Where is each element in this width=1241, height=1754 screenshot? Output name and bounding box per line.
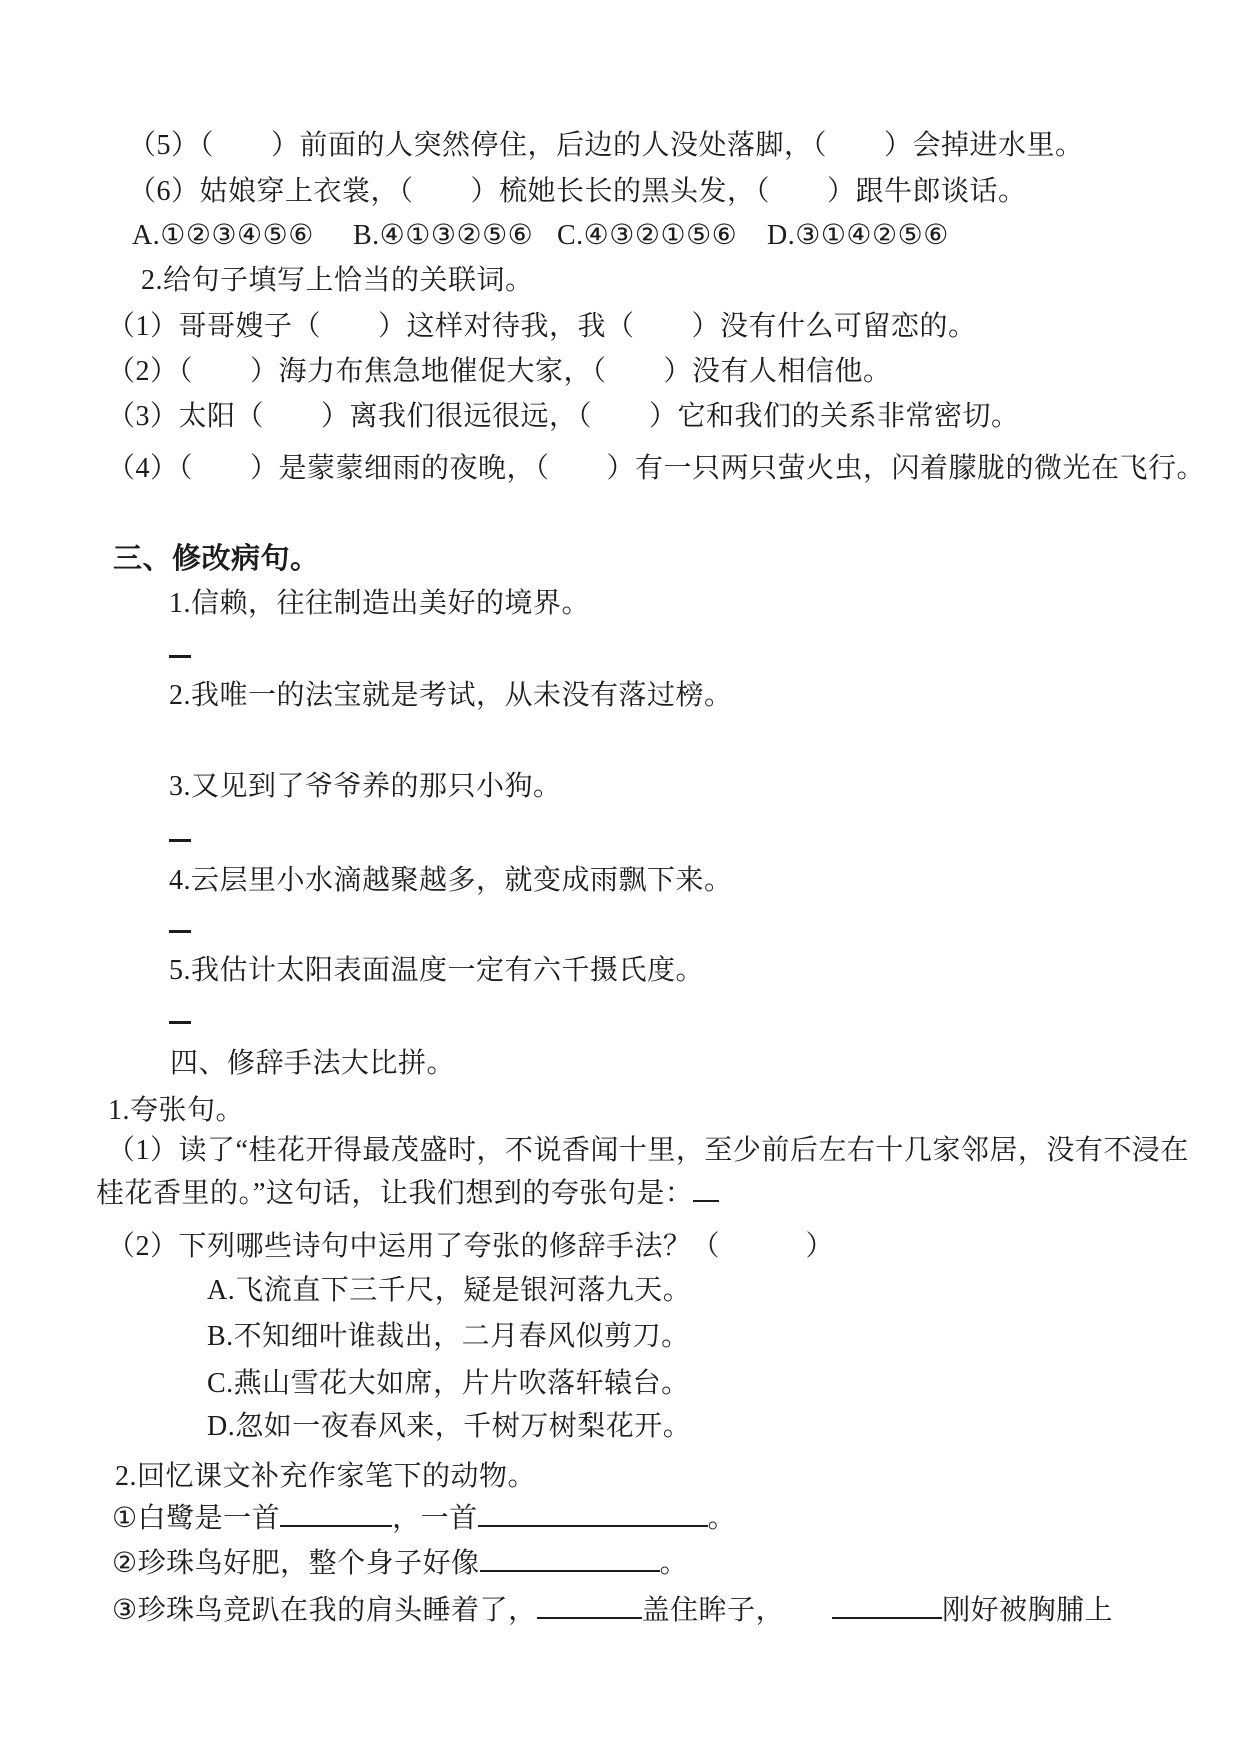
sick-sentence-5: 5.我估计太阳表面温度一定有六千摄氏度。	[169, 949, 704, 993]
conjunction-item-4: （4）（ ）是蒙蒙细雨的夜晚，（ ）有一只两只萤火虫，闪着朦胧的微光在飞行。	[107, 447, 1205, 491]
question-5-line: （5）（ ）前面的人突然停住，后边的人没处落脚，（ ）会掉进水里。	[128, 124, 1084, 168]
fill2-end: 。	[660, 1548, 689, 1579]
order-choice-a: A.①②③④⑤⑥	[132, 214, 314, 258]
hyperbole-q2: （2）下列哪些诗句中运用了夸张的修辞手法？（ ）	[107, 1225, 834, 1269]
hyperbole-q1-line2: 桂花香里的。”这句话，让我们想到的夸张句是：	[96, 1172, 719, 1216]
answer-line-4	[169, 1021, 191, 1024]
fill3-end: 刚好被胸脯上	[942, 1595, 1113, 1626]
answer-line-1	[169, 655, 191, 658]
section3-heading: 三、修改病句。	[113, 537, 320, 581]
fill1-end: 。	[708, 1503, 737, 1534]
sick-sentence-3: 3.又见到了爷爷养的那只小狗。	[169, 765, 562, 809]
order-choice-c: C.④③②①⑤⑥	[557, 214, 737, 258]
hyperbole-title: 1.夸张句。	[108, 1089, 244, 1133]
fill1-mid: ，一首	[392, 1503, 478, 1534]
poem-choice-a: A.飞流直下三千尺，疑是银河落九天。	[207, 1269, 691, 1313]
fill-blank-line-1: ①白鹭是一首，一首。	[112, 1497, 736, 1541]
recall-animals-title: 2.回忆课文补充作家笔下的动物。	[115, 1455, 536, 1499]
poem-choice-c: C.燕山雪花大如席，片片吹落轩辕台。	[207, 1362, 690, 1406]
hyperbole-q1-line1: （1）读了“桂花开得最茂盛时，不说香闻十里，至少前后左右十几家邻居，没有不浸在	[107, 1129, 1189, 1173]
poem-choice-d: D.忽如一夜春风来，千树万树梨花开。	[207, 1405, 691, 1449]
sick-sentence-2: 2.我唯一的法宝就是考试，从未没有落过榜。	[169, 674, 733, 718]
fill1-blank-2	[478, 1525, 708, 1527]
order-choice-d: D.③①④②⑤⑥	[767, 214, 949, 258]
sick-sentence-1: 1.信赖，往往制造出美好的境界。	[169, 582, 590, 626]
fill3-pre: ③珍珠鸟竞趴在我的肩头睡着了，	[112, 1595, 537, 1626]
worksheet-page: （5）（ ）前面的人突然停住，后边的人没处落脚，（ ）会掉进水里。 （6）姑娘穿…	[0, 0, 1241, 1754]
fill1-pre: ①白鹭是一首	[112, 1503, 280, 1534]
fill-blank-line-2: ②珍珠鸟好肥，整个身子好像。	[112, 1542, 688, 1586]
fill2-blank-1	[480, 1570, 660, 1572]
poem-choice-b: B.不知细叶谁裁出，二月春风似剪刀。	[207, 1315, 690, 1359]
order-choice-b: B.④①③②⑤⑥	[353, 214, 533, 258]
fill3-mid: 盖住眸子，	[642, 1595, 785, 1626]
conjunction-item-3: （3）太阳（ ）离我们很远很远，（ ）它和我们的关系非常密切。	[107, 395, 1020, 439]
conjunction-item-2: （2）（ ）海力布焦急地催促大家，（ ）没有人相信他。	[107, 350, 892, 394]
sick-sentence-4: 4.云层里小水滴越聚越多，就变成雨飘下来。	[169, 859, 733, 903]
question-6-line: （6）姑娘穿上衣裳，（ ）梳她长长的黑头发，（ ）跟牛郎谈话。	[128, 170, 1027, 214]
section4-heading: 四、修辞手法大比拼。	[170, 1042, 455, 1086]
fill3-blank-2	[832, 1617, 942, 1619]
conjunction-item-1: （1）哥哥嫂子（ ）这样对待我，我（ ）没有什么可留恋的。	[107, 305, 977, 349]
fill3-blank-1	[537, 1617, 642, 1619]
conjunction-question-title: 2.给句子填写上恰当的关联词。	[141, 259, 534, 303]
answer-blank-short	[693, 1200, 719, 1202]
fill1-blank-1	[280, 1525, 392, 1527]
answer-line-3	[169, 930, 191, 933]
answer-line-2	[169, 839, 191, 842]
fill2-pre: ②珍珠鸟好肥，整个身子好像	[112, 1548, 480, 1579]
fill-blank-line-3: ③珍珠鸟竞趴在我的肩头睡着了，盖住眸子，刚好被胸脯上	[112, 1589, 1113, 1633]
hyperbole-q1-line2-text: 桂花香里的。”这句话，让我们想到的夸张句是：	[96, 1178, 693, 1209]
